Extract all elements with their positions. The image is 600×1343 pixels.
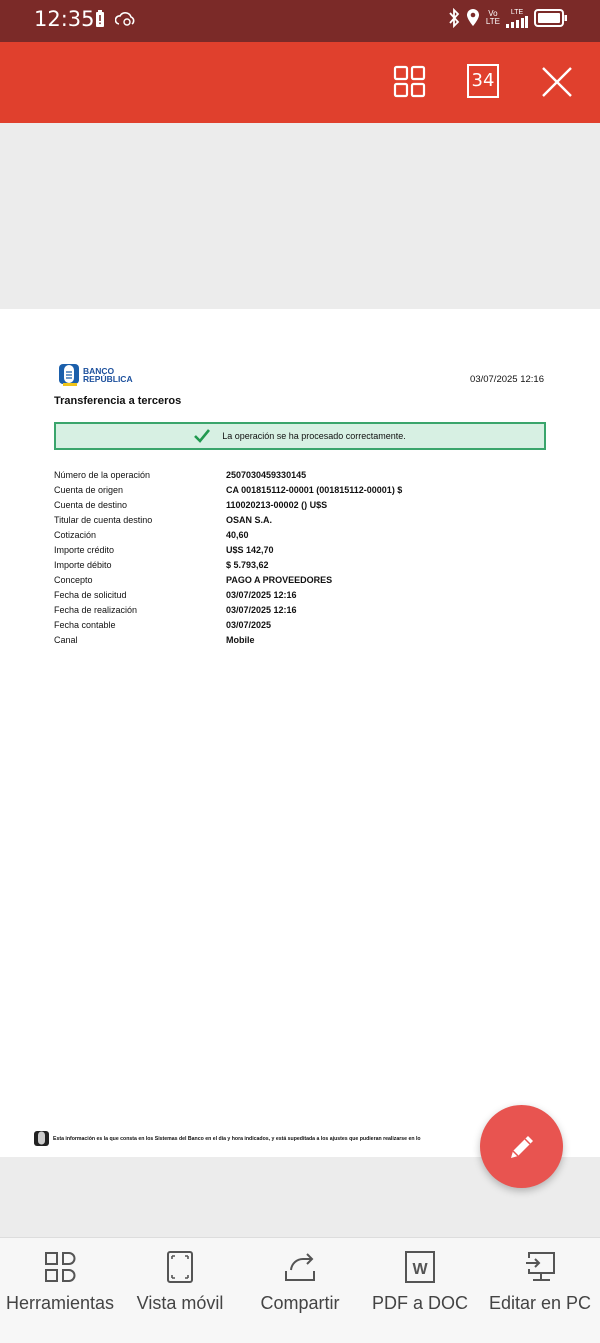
- status-bar: 12:35 Vo LTE LTE: [0, 0, 600, 42]
- detail-label: Cuenta de destino: [54, 500, 226, 510]
- detail-row: Importe débito$ 5.793,62: [54, 557, 554, 572]
- detail-row: Número de la operación2507030459330145: [54, 467, 554, 482]
- signal-icon: [506, 16, 528, 28]
- detail-row: ConceptoPAGO A PROVEEDORES: [54, 572, 554, 587]
- detail-value: 40,60: [226, 530, 249, 540]
- volte-indicator: Vo LTE: [486, 10, 500, 26]
- document-date: 03/07/2025 12:16: [470, 374, 544, 385]
- detail-label: Fecha de realización: [54, 605, 226, 615]
- thumbnails-grid-icon[interactable]: [392, 64, 428, 100]
- success-message: La operación se ha procesado correctamen…: [222, 431, 406, 441]
- detail-row: Titular de cuenta destinoOSAN S.A.: [54, 512, 554, 527]
- checkmark-icon: [194, 429, 210, 443]
- detail-row: Fecha de realización03/07/2025 12:16: [54, 602, 554, 617]
- bank-small-logo-icon: [34, 1131, 49, 1146]
- detail-value: 03/07/2025 12:16: [226, 605, 297, 615]
- detail-value: Mobile: [226, 635, 255, 645]
- pdf-page[interactable]: BANCO REPÚBLICA 03/07/2025 12:16 Transfe…: [0, 309, 600, 1157]
- detail-row: Importe créditoU$S 142,70: [54, 542, 554, 557]
- detail-label: Importe débito: [54, 560, 226, 570]
- bluetooth-icon: [448, 8, 460, 28]
- transfer-details: Número de la operación2507030459330145Cu…: [54, 467, 554, 647]
- success-banner: La operación se ha procesado correctamen…: [54, 422, 546, 450]
- pencil-icon: [505, 1130, 539, 1164]
- location-icon: [466, 8, 480, 28]
- detail-row: Fecha de solicitud03/07/2025 12:16: [54, 587, 554, 602]
- detail-value: 2507030459330145: [226, 470, 306, 480]
- detail-label: Cotización: [54, 530, 226, 540]
- app-bar: 34: [0, 42, 600, 123]
- detail-value: U$S 142,70: [226, 545, 274, 555]
- share-icon: [283, 1250, 317, 1284]
- battery-icon: [534, 8, 568, 28]
- detail-row: Fecha contable03/07/2025: [54, 617, 554, 632]
- edit-fab-button[interactable]: [480, 1105, 563, 1188]
- share-button[interactable]: Compartir: [240, 1238, 360, 1343]
- word-doc-icon: W: [403, 1250, 437, 1284]
- tools-grid-icon: [43, 1250, 77, 1284]
- detail-label: Titular de cuenta destino: [54, 515, 226, 525]
- battery-alert-icon: [95, 10, 105, 28]
- detail-label: Canal: [54, 635, 226, 645]
- document-background: [0, 123, 600, 309]
- bottom-toolbar: Herramientas Vista móvil Compartir W PDF…: [0, 1237, 600, 1343]
- page-count-button[interactable]: 34: [467, 64, 503, 100]
- detail-label: Fecha contable: [54, 620, 226, 630]
- pdf-to-doc-button[interactable]: W PDF a DOC: [360, 1238, 480, 1343]
- disclaimer-note: Esta información es la que consta en los…: [34, 1131, 421, 1146]
- bank-logo: BANCO REPÚBLICA: [59, 364, 133, 386]
- detail-value: 03/07/2025: [226, 620, 271, 630]
- detail-value: 110020213-00002 () U$S: [226, 500, 327, 510]
- detail-label: Número de la operación: [54, 470, 226, 480]
- detail-row: Cotización40,60: [54, 527, 554, 542]
- detail-label: Cuenta de origen: [54, 485, 226, 495]
- edit-on-pc-button[interactable]: Editar en PC: [480, 1238, 600, 1343]
- detail-value: PAGO A PROVEEDORES: [226, 575, 332, 585]
- bank-shield-icon: [59, 364, 79, 386]
- detail-row: CanalMobile: [54, 632, 554, 647]
- mobile-view-icon: [163, 1250, 197, 1284]
- detail-value: $ 5.793,62: [226, 560, 269, 570]
- status-time: 12:35: [34, 7, 95, 31]
- desktop-icon: [523, 1250, 557, 1284]
- close-icon[interactable]: [539, 64, 575, 100]
- detail-value: 03/07/2025 12:16: [226, 590, 297, 600]
- mobile-view-button[interactable]: Vista móvil: [120, 1238, 240, 1343]
- detail-value: CA 001815112-00001 (001815112-00001) $: [226, 485, 402, 495]
- detail-label: Fecha de solicitud: [54, 590, 226, 600]
- detail-row: Cuenta de destino110020213-00002 () U$S: [54, 497, 554, 512]
- detail-value: OSAN S.A.: [226, 515, 272, 525]
- svg-text:W: W: [412, 1261, 428, 1278]
- page-count: 34: [467, 64, 499, 98]
- detail-label: Importe crédito: [54, 545, 226, 555]
- detail-label: Concepto: [54, 575, 226, 585]
- tools-button[interactable]: Herramientas: [0, 1238, 120, 1343]
- cloud-sync-icon: [115, 11, 135, 27]
- document-title: Transferencia a terceros: [54, 395, 181, 407]
- lte-label: LTE: [511, 9, 523, 16]
- detail-row: Cuenta de origenCA 001815112-00001 (0018…: [54, 482, 554, 497]
